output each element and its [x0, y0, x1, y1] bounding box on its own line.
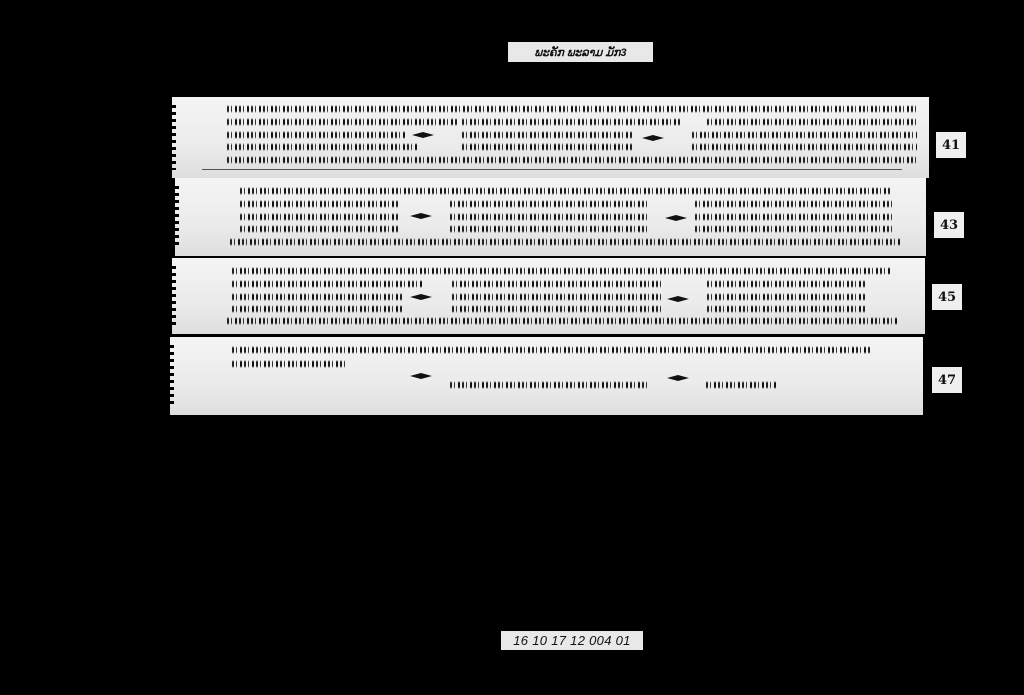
script-line [452, 305, 662, 313]
script-line [450, 200, 650, 208]
script-line [232, 280, 422, 288]
script-line [452, 280, 662, 288]
script-line [227, 143, 417, 151]
script-line [450, 213, 650, 221]
script-line [707, 118, 917, 126]
page-number-label: 45 [932, 284, 962, 310]
script-line [695, 213, 895, 221]
page-number-label: 47 [932, 367, 962, 393]
page-number-label: 43 [934, 212, 964, 238]
ornament-diamond-icon [412, 132, 434, 138]
script-line [706, 381, 776, 389]
ornament-diamond-icon [410, 373, 432, 379]
script-line [707, 293, 867, 301]
script-line [695, 225, 895, 233]
ornament-diamond-icon [665, 215, 687, 221]
script-line [450, 381, 650, 389]
script-line [227, 118, 457, 126]
script-line [240, 200, 400, 208]
script-line [240, 225, 400, 233]
manuscript-leaf-1 [172, 97, 929, 178]
script-line [692, 143, 917, 151]
ornament-diamond-icon [667, 296, 689, 302]
script-line [452, 293, 662, 301]
ornament-diamond-icon [410, 294, 432, 300]
header-label: ພະຄັກ ພະລາມ ມັກ3 [508, 42, 653, 62]
baseline-rule [202, 169, 902, 170]
script-line [240, 187, 890, 195]
ornament-diamond-icon [667, 375, 689, 381]
script-line [692, 131, 917, 139]
script-line [227, 131, 407, 139]
footer-label: 16 10 17 12 004 01 [501, 631, 643, 650]
script-line [232, 360, 347, 368]
script-line [707, 280, 867, 288]
script-line [707, 305, 867, 313]
script-line [232, 267, 892, 275]
script-line [462, 143, 632, 151]
script-line [232, 305, 402, 313]
script-line [232, 346, 872, 354]
script-line [227, 105, 917, 113]
manuscript-leaf-3 [172, 258, 925, 334]
script-line [240, 213, 400, 221]
script-line [462, 131, 632, 139]
script-line [450, 225, 650, 233]
script-line [230, 238, 900, 246]
script-line [227, 156, 917, 164]
script-line [227, 317, 897, 325]
page-number-label: 41 [936, 132, 966, 158]
manuscript-leaf-2 [175, 178, 926, 256]
ornament-diamond-icon [410, 213, 432, 219]
manuscript-leaf-4 [170, 337, 923, 415]
script-line [232, 293, 402, 301]
script-line [462, 118, 682, 126]
script-line [695, 200, 895, 208]
ornament-diamond-icon [642, 135, 664, 141]
